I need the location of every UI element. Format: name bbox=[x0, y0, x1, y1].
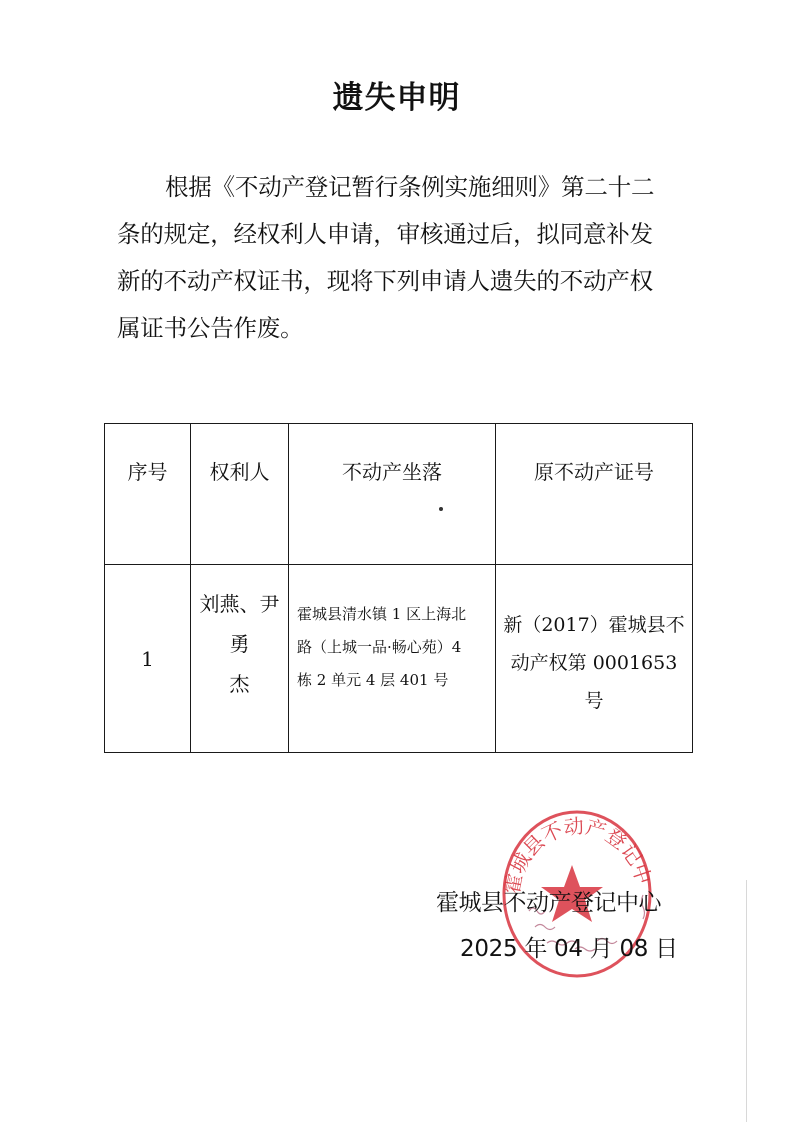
location-line: 栋 2 单元 4 层 401 号 bbox=[297, 664, 489, 697]
table-row: 1 刘燕、尹勇 杰 霍城县清水镇 1 区上海北 路（上城一品·畅心苑）4 栋 2… bbox=[105, 565, 693, 753]
issuing-organization: 霍城县不动产登记中心 bbox=[436, 880, 696, 926]
paragraph-line: 属证书公告作废。 bbox=[117, 305, 697, 352]
cell-original-certificate-number: 新（2017）霍城县不 动产权第 0001653 号 bbox=[496, 565, 693, 753]
cell-right-holder: 刘燕、尹勇 杰 bbox=[191, 565, 289, 753]
header-original-certificate-number: 原不动产证号 bbox=[496, 424, 693, 565]
location-line: 霍城县清水镇 1 区上海北 bbox=[297, 598, 489, 631]
certificate-line: 新（2017）霍城县不 bbox=[496, 606, 692, 644]
lost-certificate-table: 序号 权利人 不动产坐落 原不动产证号 1 刘燕、尹勇 杰 霍城县清水镇 1 区… bbox=[104, 423, 693, 753]
table-header-row: 序号 权利人 不动产坐落 原不动产证号 bbox=[105, 424, 693, 565]
cell-property-location: 霍城县清水镇 1 区上海北 路（上城一品·畅心苑）4 栋 2 单元 4 层 40… bbox=[289, 565, 496, 753]
cell-serial-number: 1 bbox=[105, 565, 191, 753]
scan-speck bbox=[439, 507, 443, 511]
paragraph-line: 根据《不动产登记暂行条例实施细则》第二十二 bbox=[117, 164, 697, 211]
issue-date: 2025 年 04 月 08 日 bbox=[436, 926, 696, 972]
certificate-line: 号 bbox=[496, 682, 692, 720]
header-serial-number: 序号 bbox=[105, 424, 191, 565]
location-line: 路（上城一品·畅心苑）4 bbox=[297, 631, 489, 664]
notice-paragraph: 根据《不动产登记暂行条例实施细则》第二十二 条的规定，经权利人申请，审核通过后，… bbox=[117, 164, 697, 352]
header-right-holder: 权利人 bbox=[191, 424, 289, 565]
paragraph-line: 条的规定，经权利人申请，审核通过后，拟同意补发 bbox=[117, 211, 697, 258]
signature-block: 霍城县不动产登记中心 2025 年 04 月 08 日 bbox=[436, 880, 696, 972]
owner-line: 杰 bbox=[191, 664, 288, 704]
document-title: 遗失申明 bbox=[0, 72, 793, 117]
owner-line: 刘燕、尹勇 bbox=[191, 584, 288, 664]
paragraph-line: 新的不动产权证书，现将下列申请人遗失的不动产权 bbox=[117, 258, 697, 305]
header-property-location: 不动产坐落 bbox=[289, 424, 496, 565]
scan-edge-line bbox=[746, 880, 747, 1122]
certificate-line: 动产权第 0001653 bbox=[496, 644, 692, 682]
